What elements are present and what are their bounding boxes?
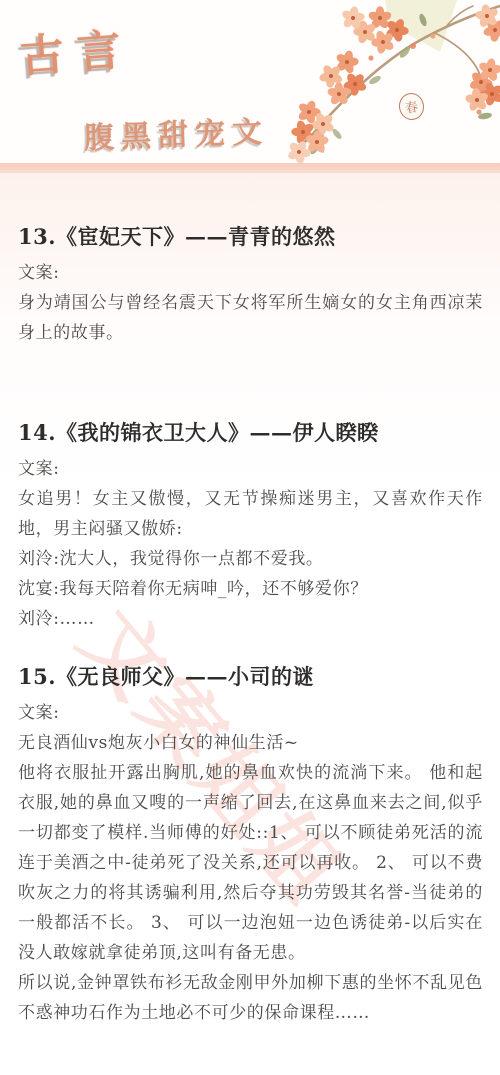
book-entry-title: 13.《宦妃天下》——青青的悠然 bbox=[18, 224, 483, 249]
page-title: 古言 bbox=[18, 26, 135, 82]
title-author-dash: —— bbox=[185, 664, 228, 689]
blossom-branch-illustration bbox=[285, 0, 500, 163]
synopsis-paragraph: 所以说,金钟罩铁布衫无敌金刚甲外加柳下惠的坐怀不乱见色不惑神功石作为土地必不可少… bbox=[18, 968, 483, 1028]
page-subtitle: 腹黑甜宠文 bbox=[83, 107, 269, 157]
dialogue-line: 沈宴:我每天陪着你无病呻_吟，还不够爱你？ bbox=[18, 574, 483, 604]
book-entry-14: 14.《我的锦衣卫大人》——伊人睽睽 文案: 女追男！女主又傲慢，又无节操痴迷男… bbox=[18, 420, 483, 634]
book-title: 《我的锦衣卫大人》 bbox=[56, 420, 250, 445]
book-number: 15. bbox=[18, 664, 56, 689]
book-list: 文案姐姐 13.《宦妃天下》——青青的悠然 文案: 身为靖国公与曾经名震天下女将… bbox=[0, 173, 500, 1075]
synopsis-paragraph: 他将衣服扯开露出胸肌,她的鼻血欢快的流淌下来。 他和起衣服,她的鼻血又嗖的一声缩… bbox=[18, 758, 483, 968]
dialogue-line: 刘泠:沈大人，我觉得你一点都不爱我。 bbox=[18, 544, 483, 574]
title-author-dash: —— bbox=[185, 224, 228, 249]
book-entry-15: 15.《无良师父》——小司的谜 文案: 无良酒仙vs炮灰小白女的神仙生活~ 他将… bbox=[18, 664, 483, 1028]
book-title: 《无良师父》 bbox=[56, 664, 185, 689]
seal-character: 春 bbox=[403, 96, 419, 117]
book-author: 小司的谜 bbox=[228, 664, 314, 689]
page: 春 古言 腹黑甜宠文 文案姐姐 13.《宦妃天下》——青青的悠然 文案: 身为靖… bbox=[0, 0, 500, 1075]
book-title: 《宦妃天下》 bbox=[56, 224, 185, 249]
book-entry-13: 13.《宦妃天下》——青青的悠然 文案: 身为靖国公与曾经名震天下女将军所生嫡女… bbox=[18, 224, 483, 348]
dialogue-line: 刘泠:…… bbox=[18, 604, 483, 634]
book-number: 14. bbox=[18, 420, 56, 445]
header: 春 古言 腹黑甜宠文 bbox=[0, 0, 500, 163]
synopsis-label: 文案: bbox=[18, 698, 483, 728]
book-entry-title: 14.《我的锦衣卫大人》——伊人睽睽 bbox=[18, 420, 483, 445]
book-author: 青青的悠然 bbox=[228, 224, 336, 249]
book-author: 伊人睽睽 bbox=[293, 420, 379, 445]
synopsis-label: 文案: bbox=[18, 454, 483, 484]
synopsis-paragraph: 女追男！女主又傲慢，又无节操痴迷男主，又喜欢作天作地，男主闷骚又傲娇: bbox=[18, 484, 483, 544]
title-author-dash: —— bbox=[250, 420, 293, 445]
synopsis-paragraph: 无良酒仙vs炮灰小白女的神仙生活~ bbox=[18, 728, 483, 758]
synopsis-paragraph: 身为靖国公与曾经名震天下女将军所生嫡女的女主角西凉茉身上的故事。 bbox=[18, 288, 483, 348]
book-number: 13. bbox=[18, 224, 56, 249]
synopsis-label: 文案: bbox=[18, 258, 483, 288]
header-divider bbox=[0, 163, 500, 173]
book-entry-title: 15.《无良师父》——小司的谜 bbox=[18, 664, 483, 689]
